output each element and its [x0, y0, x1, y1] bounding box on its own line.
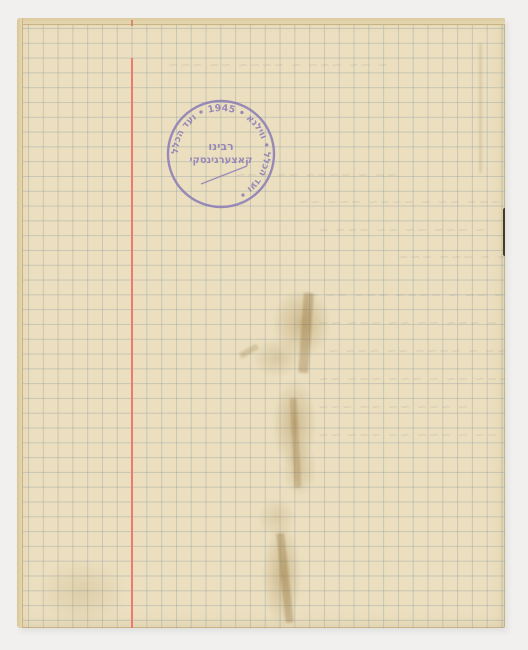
edge-mark: [503, 208, 505, 256]
bleed-line: ~~ ~ ~~~ ~~ ~~~ ~~: [317, 428, 497, 443]
bleed-line: ~ ~~~ ~~ ~~ ~~~: [317, 400, 468, 415]
bleed-line: ~ ~~ ~~~ ~ ~~~~ ~~ ~~~: [167, 58, 388, 73]
bleed-line: ~~~ ~~ ~ ~~~~ ~~~ ~~ ~: [307, 288, 505, 303]
stamp-name-line-2: קאצערגינסקי: [165, 155, 277, 166]
ink-stamp: ועד הכלל • ווילנא • 1945 • ועד הכלל • רב…: [165, 98, 277, 210]
red-margin-line: [131, 58, 133, 628]
stamp-ring-icon: ועד הכלל • ווילנא • 1945 • ועד הכלל •: [165, 98, 277, 210]
bleed-line: ~~ ~ ~~~ ~~~: [397, 250, 505, 265]
bleed-line: ~~~ ~~ ~ ~~~ ~~~ ~~: [317, 372, 505, 387]
bleed-line: ~~~ ~~ ~ ~~~~ ~~~ ~~: [297, 195, 501, 210]
stamp-name-line-1: רבינו: [165, 140, 277, 153]
bleed-line: ~ ~~~ ~~ ~~ ~~~ ~~: [317, 316, 497, 331]
page-left-edge: [17, 18, 23, 628]
margin-line-top-mark: [131, 20, 133, 26]
bleed-line: ~ ~~~ ~~ ~~ ~~~ ~: [317, 223, 485, 238]
page-top-edge: [17, 18, 505, 25]
bleed-line: ~~ ~ ~~~~ ~~ ~~~ ~: [327, 344, 505, 359]
notebook-page: ~ ~~ ~~~ ~ ~~~~ ~~ ~~~ ~~ ~ ~~~~ ~~ ~~~ …: [17, 18, 505, 628]
